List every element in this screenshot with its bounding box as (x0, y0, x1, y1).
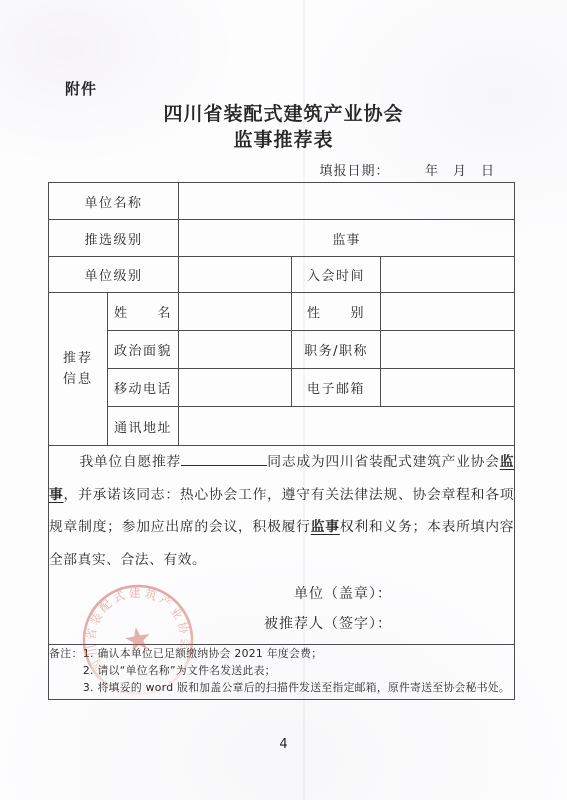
political-status-label: 政治面貌 (108, 331, 179, 369)
table-row: 推选级别 监事 (49, 220, 515, 257)
elect-level-value: 监事 (179, 220, 515, 257)
recommend-info-label-line2: 信息 (49, 369, 107, 390)
commitment-text: 我单位自愿推荐 (79, 454, 181, 470)
position-title-value-cell (381, 331, 515, 369)
table-row: 通讯地址 (49, 407, 515, 446)
unit-name-value-cell (179, 183, 515, 220)
seal-arc-text: 四川省装配式建筑产业协会 (75, 577, 196, 675)
official-red-seal: 四川省装配式建筑产业协会 (66, 568, 210, 712)
unit-level-value-cell (179, 257, 292, 293)
recommend-info-group-label: 推荐 信息 (49, 293, 108, 446)
email-value-cell (381, 369, 515, 407)
mobile-phone-value-cell (179, 369, 292, 407)
political-status-value-cell (179, 331, 292, 369)
join-time-label: 入会时间 (292, 257, 381, 293)
name-label: 姓 名 (108, 293, 179, 331)
recommended-name-blank-underline (181, 453, 267, 466)
mobile-phone-label: 移动电话 (108, 369, 179, 407)
recommend-info-label-line1: 推荐 (49, 348, 107, 369)
fill-date-line: 填报日期： 年 月 日 (319, 160, 495, 179)
seal-star-icon (124, 625, 152, 652)
document-title-line1: 四川省装配式建筑产业协会 (0, 99, 567, 126)
email-label: 电子邮箱 (292, 369, 381, 407)
svg-text:四川省装配式建筑产业协会: 四川省装配式建筑产业协会 (75, 577, 196, 675)
supervisor-underlined-term: 监事 (311, 519, 340, 535)
attachment-label: 附件 (65, 78, 97, 99)
commitment-paragraph: 我单位自愿推荐同志成为四川省装配式建筑产业协会监事，并承诺该同志：热心协会工作，… (49, 446, 514, 576)
page-number: 4 (0, 737, 567, 752)
gender-value-cell (381, 293, 515, 331)
unit-name-label: 单位名称 (49, 183, 179, 220)
gender-label: 性 别 (292, 293, 381, 331)
position-title-label: 职务/职称 (292, 331, 381, 369)
join-time-value-cell (381, 257, 515, 293)
table-row: 移动电话 电子邮箱 (49, 369, 515, 407)
table-row: 单位名称 (49, 183, 515, 220)
table-row: 单位级别 入会时间 (49, 257, 515, 293)
commitment-text: 同志成为四川省装配式建筑产业协会 (267, 454, 500, 470)
mailing-address-value-cell (179, 407, 515, 446)
unit-level-label: 单位级别 (49, 257, 179, 293)
mailing-address-label: 通讯地址 (108, 407, 179, 446)
name-value-cell (179, 293, 292, 331)
scanned-document-page: 附件 四川省装配式建筑产业协会 监事推荐表 填报日期： 年 月 日 单位名称 推… (0, 0, 567, 800)
table-row: 政治面貌 职务/职称 (49, 331, 515, 369)
elect-level-label: 推选级别 (49, 220, 179, 257)
document-title-line2: 监事推荐表 (0, 125, 567, 152)
table-row: 推荐 信息 姓 名 性 别 (49, 293, 515, 331)
